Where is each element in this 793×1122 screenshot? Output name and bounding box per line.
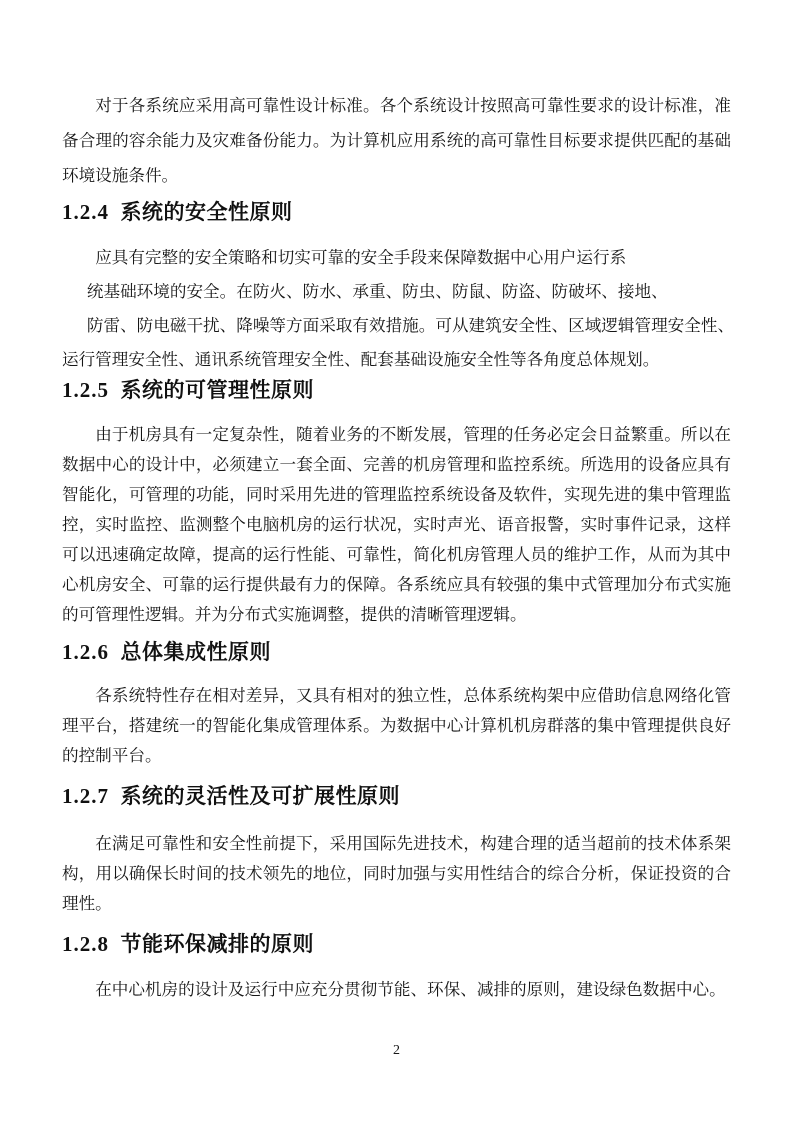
intro-paragraph: 对于各系统应采用高可靠性设计标准。各个系统设计按照高可靠性要求的设计标准，准备合… xyxy=(62,88,731,193)
heading-title: 系统的灵活性及可扩展性原则 xyxy=(121,785,401,808)
section-paragraph-1-2-5: 由于机房具有一定复杂性，随着业务的不断发展，管理的任务必定会日益繁重。所以在数据… xyxy=(62,420,731,630)
heading-title: 系统的安全性原则 xyxy=(121,201,293,224)
heading-number: 1.2.8 xyxy=(62,932,109,956)
section-heading-1-2-6: 1.2.6总体集成性原则 xyxy=(62,639,731,666)
heading-title: 总体集成性原则 xyxy=(121,641,272,664)
section-paragraph-1-2-6: 各系统特性存在相对差异，又具有相对的独立性，总体系统构架中应借助信息网络化管理平… xyxy=(62,681,731,771)
heading-number: 1.2.5 xyxy=(62,378,109,402)
section-heading-1-2-8: 1.2.8节能环保减排的原则 xyxy=(62,931,731,958)
heading-title: 系统的可管理性原则 xyxy=(121,379,315,402)
paragraph-line: 防雷、防电磁干扰、降噪等方面采取有效措施。可从建筑安全性、区域逻辑管理安全性、 xyxy=(62,309,731,343)
section-paragraph-1-2-4: 应具有完整的安全策略和切实可靠的安全手段来保障数据中心用户运行系 统基础环境的安… xyxy=(62,241,731,377)
section-paragraph-1-2-7: 在满足可靠性和安全性前提下，采用国际先进技术，构建合理的适当超前的技术体系架构，… xyxy=(62,829,731,919)
document-page: 对于各系统应采用高可靠性设计标准。各个系统设计按照高可靠性要求的设计标准，准备合… xyxy=(0,0,793,1122)
section-paragraph-1-2-8: 在中心机房的设计及运行中应充分贯彻节能、环保、减排的原则，建设绿色数据中心。 xyxy=(62,975,731,1005)
section-heading-1-2-4: 1.2.4系统的安全性原则 xyxy=(62,199,731,226)
paragraph-line: 运行管理安全性、通讯系统管理安全性、配套基础设施安全性等各角度总体规划。 xyxy=(62,343,731,377)
section-heading-1-2-7: 1.2.7系统的灵活性及可扩展性原则 xyxy=(62,783,731,810)
section-heading-1-2-5: 1.2.5系统的可管理性原则 xyxy=(62,377,731,404)
paragraph-line: 应具有完整的安全策略和切实可靠的安全手段来保障数据中心用户运行系 xyxy=(62,241,731,275)
heading-number: 1.2.7 xyxy=(62,784,109,808)
heading-number: 1.2.4 xyxy=(62,200,109,224)
heading-title: 节能环保减排的原则 xyxy=(121,933,315,956)
page-number: 2 xyxy=(62,1041,731,1061)
paragraph-line: 统基础环境的安全。在防火、防水、承重、防虫、防鼠、防盗、防破坏、接地、 xyxy=(62,275,731,309)
heading-number: 1.2.6 xyxy=(62,640,109,664)
